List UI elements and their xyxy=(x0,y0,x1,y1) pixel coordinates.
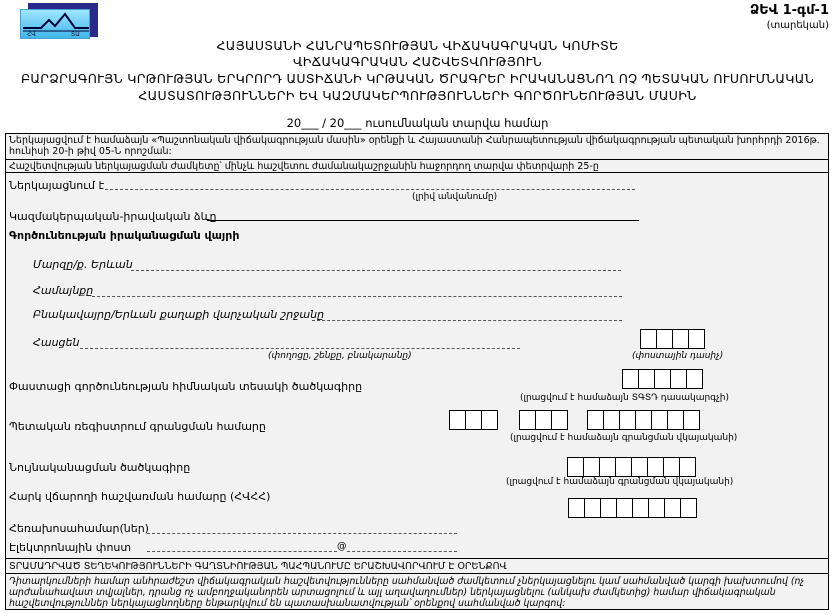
address-hint: (փողոցը, շենքը, բնակարանը) xyxy=(268,351,412,361)
registry-boxes-2[interactable] xyxy=(519,410,568,430)
id-hint: (լրացվում է համաձայն գրանցման վկայականի) xyxy=(506,477,733,487)
divider xyxy=(5,172,829,173)
title-line-2: ՎԻՃԱԿԱԳՐԱԿԱՆ ՀԱՇՎԵՏՎՈՒԹՅՈՒՆ xyxy=(0,54,835,69)
divider xyxy=(5,573,829,574)
liability-notice: Դիտարկումների համար անհրաժեշտ վիճակագրակ… xyxy=(9,576,824,609)
settlement-label: Բնակավայրը/Երևան քաղաքի վարչական շրջանը xyxy=(33,308,324,321)
statistics-committee-logo: ՀՎ ՏԱ xyxy=(20,3,100,39)
submitter-field[interactable] xyxy=(105,189,635,190)
logo-text-left: ՀՎ xyxy=(27,31,36,38)
id-code-boxes[interactable] xyxy=(567,457,696,477)
postal-code-boxes[interactable] xyxy=(640,329,705,349)
form-body xyxy=(5,133,829,610)
postal-hint: (փոստային դասիչ) xyxy=(632,351,723,361)
phone-label: Հեռախոսահամար(ներ) xyxy=(9,522,149,535)
community-label: Համայնքը xyxy=(33,284,93,297)
region-label: Մարզը/ք. Երևան xyxy=(33,258,133,271)
tin-label: Հարկ վճարողի հաշվառման համարը (ՀՎՀՀ) xyxy=(9,490,270,503)
email-at-sign: @ xyxy=(337,541,347,552)
email-label: Էլեկտրոնային փոստ xyxy=(9,541,131,554)
legal-basis: Ներկայացվում է համաձայն «Պաշտոնական վիճա… xyxy=(9,135,824,157)
address-label: Հասցեն xyxy=(33,336,80,349)
community-field[interactable] xyxy=(92,296,622,297)
registry-label: Պետական ռեգիստրում գրանցման համարը xyxy=(9,420,266,433)
title-line-4: ՀԱՍՏԱՏՈՒԹՅՈՒՆՆԵՐԻ ԵՎ ԿԱԶՄԱԿԵՐՊՈՒԹՅՈՒՆՆԵՐ… xyxy=(0,88,835,103)
legal-form-label: Կազմակերպական-իրավական ձևը xyxy=(9,210,217,223)
activity-label: Փաստացի գործունեության հիմնական տեսակի ծ… xyxy=(9,380,362,393)
address-field[interactable] xyxy=(80,348,520,349)
settlement-field[interactable] xyxy=(312,320,622,321)
logo-text-right: ՏԱ xyxy=(71,31,80,38)
logo-panel: ՀՎ ՏԱ xyxy=(20,9,90,39)
email-user-field[interactable] xyxy=(147,551,337,552)
email-domain-field[interactable] xyxy=(347,551,457,552)
form-period: (տարեկան) xyxy=(767,20,829,31)
registry-boxes-3[interactable] xyxy=(587,410,700,430)
legal-form-field[interactable] xyxy=(207,220,639,221)
location-heading: Գործունեության իրականացման վայրի xyxy=(9,229,239,242)
form-code: ՁԵՎ 1-գմ-1 xyxy=(750,3,829,18)
region-field[interactable] xyxy=(131,270,621,271)
submitter-label: Ներկայացնում է xyxy=(9,179,104,192)
id-label: Նույնականացման ծածկագիրը xyxy=(9,461,190,474)
divider xyxy=(5,159,829,160)
divider xyxy=(5,558,829,559)
tin-boxes[interactable] xyxy=(568,498,697,518)
confidentiality-notice: ՏՐԱՄԱԴՐՎԱԾ ՏԵՂԵԿՈՒԹՅՈՒՆՆԵՐԻ ԳԱՂՏՆԻՈՒԹՅԱՆ… xyxy=(9,561,507,572)
academic-year: 20___ / 20___ ուսումնական տարվա համար xyxy=(0,116,835,130)
title-line-3: ԲԱՐՁՐԱԳՈՒՅՆ ԿՐԹՈՒԹՅԱՆ ԵՐԿՐՈՐԴ ԱՍՏԻՃԱՆԻ Կ… xyxy=(0,71,835,86)
deadline: Հաշվետվության ներկայացման ժամկետը՝ մինչև… xyxy=(9,161,599,172)
registry-hint: (լրացվում է համաձայն գրանցման վկայականի) xyxy=(510,433,737,443)
title-line-1: ՀԱՅԱՍՏԱՆԻ ՀԱՆՐԱՊԵՏՈՒԹՅԱՆ ՎԻՃԱԿԱԳՐԱԿԱՆ ԿՈ… xyxy=(0,38,835,53)
submitter-hint: (լրիվ անվանումը) xyxy=(412,192,497,202)
phone-field[interactable] xyxy=(147,533,457,534)
registry-boxes-1[interactable] xyxy=(449,410,498,430)
activity-hint: (լրացվում է համաձայն ՏԳՏԴ դասակարգչի) xyxy=(520,393,729,403)
activity-code-boxes[interactable] xyxy=(622,369,703,389)
